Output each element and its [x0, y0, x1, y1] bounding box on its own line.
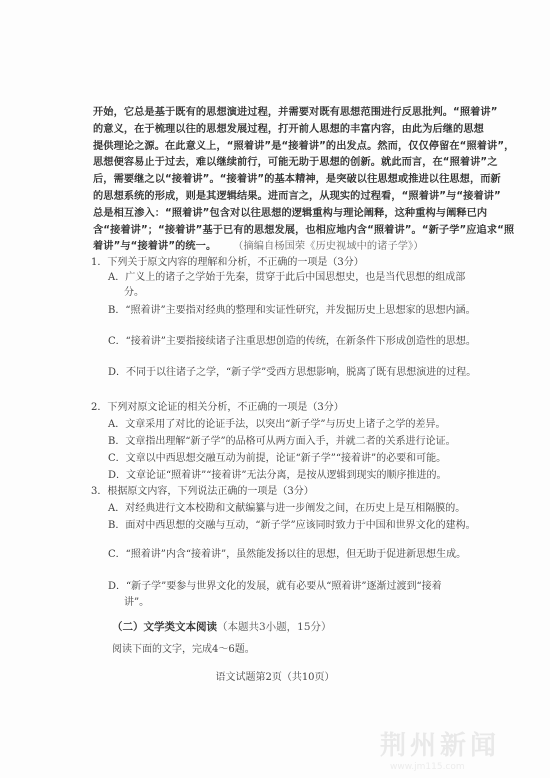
passage-line: 总是相互渗入：“照着讲”包含对以往思想的逻辑重构与理论阐释，这种重构与阐释已内	[93, 206, 458, 223]
question-1-option-c: C．“接着讲”主要指接续诸子注重思想创造的传统，在新条件下形成创造性的思想。	[108, 335, 476, 349]
passage-line: 的意义，在于梳理以往的思想发展过程，打开前人思想的丰富内容，由此为后继的思想	[93, 122, 458, 139]
question-1-option-a: A．广义上的诸子之学始于先秦，贯穿于此后中国思想史，也是当代思想的组成部	[108, 271, 465, 285]
question-3-option-d: D．“新子学”要参与世界文化的发展，就有必要从“照着讲”逐渐过渡到“接着	[108, 580, 442, 594]
passage-line: 提供理论之源。在此意义上，“照着讲”是“接着讲”的出发点。然而，仅仅停留在“照着…	[93, 139, 458, 156]
passage-line: 开始，它总是基于既有的思想演进过程，并需要对既有思想范围进行反思批判。“照着讲”	[93, 105, 458, 122]
section-title: （二）文学类文本阅读	[112, 621, 217, 633]
question-2-option-d: D．文章论证“照着讲”“接着讲”无法分离，是按从逻辑到现实的顺序推进的。	[108, 469, 446, 483]
section-instruction: 阅读下面的文字，完成4～6题。	[112, 640, 255, 655]
watermark: 荆州新闻 www.jm115.com	[380, 725, 500, 772]
watermark-url: www.jm115.com	[390, 762, 500, 772]
watermark-logo: 荆州新闻	[380, 725, 500, 762]
question-3-option-a: A．对经典进行文本校勘和文献编纂与进一步阐发之间，在历史上是互相隔膜的。	[108, 502, 465, 516]
page-footer: 语文试题第2页（共10页）	[0, 668, 550, 683]
question-1-stem: 1．下列关于原文内容的理解和分析，不正确的一项是（3分）	[91, 256, 364, 270]
passage: 开始，它总是基于既有的思想演进过程，并需要对既有思想范围进行反思批判。“照着讲”…	[93, 105, 458, 256]
passage-line: 的思想系统的形成，则是其逻辑结果。进而言之，从现实的过程看，“照着讲”与“接着讲…	[93, 189, 458, 206]
section-note: （本题共3小题，15分）	[217, 621, 332, 633]
question-3-option-b: B．面对中西思想的交融与互动，“新子学”应该同时致力于中国和世界文化的建构。	[108, 519, 476, 533]
passage-last-line: 着讲”与“接着讲”的统一。（摘编自杨国荣《历史视域中的诸子学》）	[93, 239, 458, 256]
question-3-option-d-cont: 讲”。	[124, 596, 149, 610]
question-1-option-a-cont: 分。	[124, 286, 144, 300]
question-3-option-c: C．“照着讲”内含“接着讲”，虽然能发扬以往的思想，但无助于促进新思想生成。	[108, 548, 466, 562]
question-1-option-b: B．“照着讲”主要指对经典的整理和实证性研究，并发掘历史上思想家的思想内涵。	[108, 304, 476, 318]
question-2-option-b: B．文章指出理解“新子学”的品格可从两方面入手，并就二者的关系进行论证。	[108, 435, 456, 449]
passage-source: （摘编自杨国荣《历史视域中的诸子学》）	[238, 241, 423, 252]
passage-line: 思想便容易止于过去，难以继续前行，可能无助于思想的创新。就此而言，在“照着讲”之	[93, 155, 458, 172]
question-1-option-d: D．不同于以往诸子之学，“新子学”受西方思想影响，脱离了既有思想演进的过程。	[108, 366, 476, 380]
question-3-stem: 3．根据原文内容，下列说法正确的一项是（3分）	[91, 485, 314, 499]
section-heading: （二）文学类文本阅读（本题共3小题，15分）	[112, 619, 332, 634]
passage-line: 含“接着讲”；“接着讲”基于已有的思想发展，也相应地内含“照着讲”。“新子学”应…	[93, 223, 458, 240]
question-2-option-a: A．文章采用了对比的论证手法，以突出“新子学”与历史上诸子之学的差异。	[108, 418, 445, 432]
question-2-option-c: C．文章以中西思想交融互动为前提，论证“新子学”“接着讲”的必要和可能。	[108, 452, 446, 466]
question-2-stem: 2．下列对原文论证的相关分析，不正确的一项是（3分）	[91, 401, 344, 415]
passage-line: 后，需要继之以“接着讲”。“接着讲”的基本精神，是突破以往思想或推进以往思想，而…	[93, 172, 458, 189]
passage-line: 着讲”与“接着讲”的统一。	[93, 241, 216, 252]
exam-page: 开始，它总是基于既有的思想演进过程，并需要对既有思想范围进行反思批判。“照着讲”…	[0, 0, 550, 778]
